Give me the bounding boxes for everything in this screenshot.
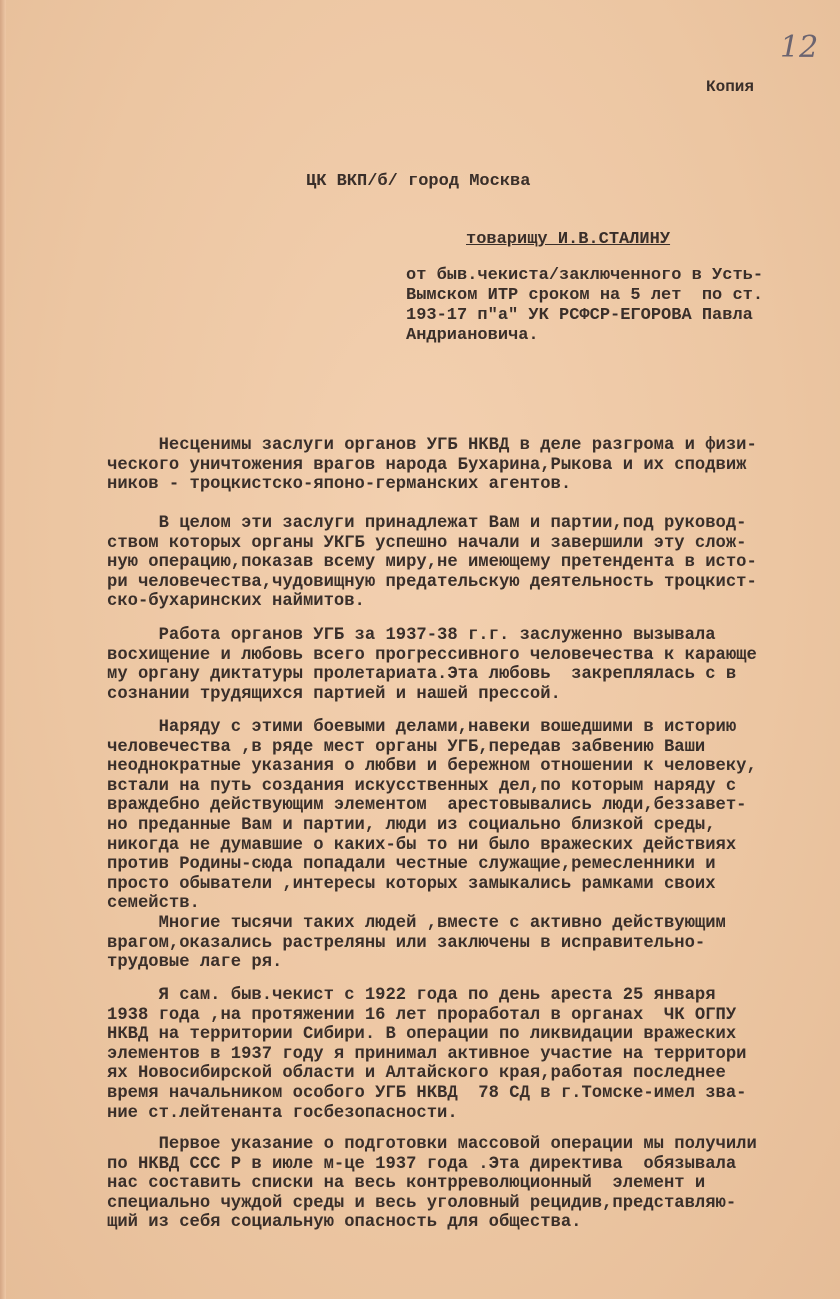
paragraph: Работа органов УГБ за 1937-38 г.г. заслу… — [107, 626, 757, 704]
paragraph: В целом эти заслуги принадлежат Вам и па… — [107, 514, 757, 612]
recipient: товарищу И.В.СТАЛИНУ — [466, 230, 670, 249]
page-number: 12 — [780, 30, 818, 65]
copy-mark: Копия — [706, 78, 754, 96]
page-edge — [0, 0, 6, 1299]
paragraph: Я сам. быв.чекист с 1922 года по день ар… — [107, 986, 746, 1123]
paragraph: Наряду с этими боевыми делами,навеки вош… — [107, 718, 757, 973]
addressee: ЦК ВКП/б/ город Москва — [306, 172, 530, 191]
paragraph: Первое указание о подготовки массовой оп… — [107, 1135, 757, 1233]
sender-block: от быв.чекиста/заключенного в Усть- Вымс… — [406, 266, 763, 346]
paragraph: Несценимы заслуги органов УГБ НКВД в дел… — [107, 436, 757, 495]
